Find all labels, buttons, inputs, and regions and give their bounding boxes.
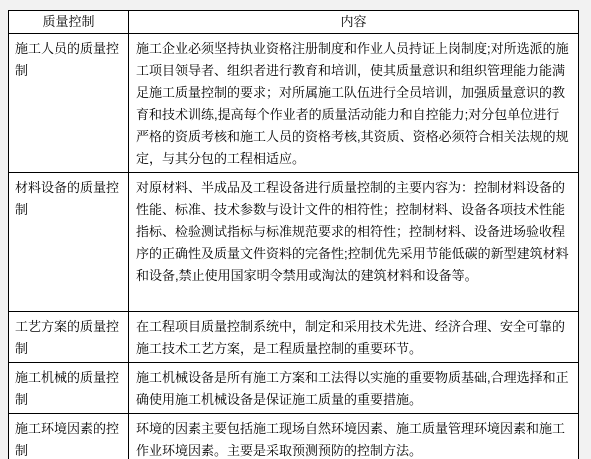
quality-control-table: 质量控制 内容 施工人员的质量控制 施工企业必须坚持执业资格注册制度和作业人员持…	[8, 10, 579, 459]
table-row: 工艺方案的质量控制 在工程项目质量控制系统中，制定和采用技术先进、经济合理、安全…	[9, 312, 579, 363]
row-category-environment: 施工环境因素的控制	[9, 414, 129, 459]
table-row: 施工机械的质量控制 施工机械设备是所有施工方案和工法得以实施的重要物质基础,合理…	[9, 363, 579, 414]
row-content-process: 在工程项目质量控制系统中，制定和采用技术先进、经济合理、安全可靠的施工技术工艺方…	[129, 312, 579, 363]
row-category-machinery: 施工机械的质量控制	[9, 363, 129, 414]
row-content-environment: 环境的因素主要包括施工现场自然环境因素、施工质量管理环境因素和施工作业环境因素。…	[129, 414, 579, 459]
table-row: 施工环境因素的控制 环境的因素主要包括施工现场自然环境因素、施工质量管理环境因素…	[9, 414, 579, 459]
row-category-process: 工艺方案的质量控制	[9, 312, 129, 363]
row-content-machinery: 施工机械设备是所有施工方案和工法得以实施的重要物质基础,合理选择和正确使用施工机…	[129, 363, 579, 414]
table-row: 施工人员的质量控制 施工企业必须坚持执业资格注册制度和作业人员持证上岗制度;对所…	[9, 34, 579, 173]
row-content-personnel: 施工企业必须坚持执业资格注册制度和作业人员持证上岗制度;对所选派的施工项目领导者…	[129, 34, 579, 173]
row-content-materials: 对原材料、半成品及工程设备进行质量控制的主要内容为：控制材料设备的性能、标准、技…	[129, 173, 579, 312]
table-header-row: 质量控制 内容	[9, 11, 579, 34]
header-cell-category: 质量控制	[9, 11, 129, 34]
row-category-materials: 材料设备的质量控制	[9, 173, 129, 312]
row-category-personnel: 施工人员的质量控制	[9, 34, 129, 173]
header-cell-content: 内容	[129, 11, 579, 34]
quality-control-table-container: 质量控制 内容 施工人员的质量控制 施工企业必须坚持执业资格注册制度和作业人员持…	[8, 10, 579, 459]
table-row: 材料设备的质量控制 对原材料、半成品及工程设备进行质量控制的主要内容为：控制材料…	[9, 173, 579, 312]
